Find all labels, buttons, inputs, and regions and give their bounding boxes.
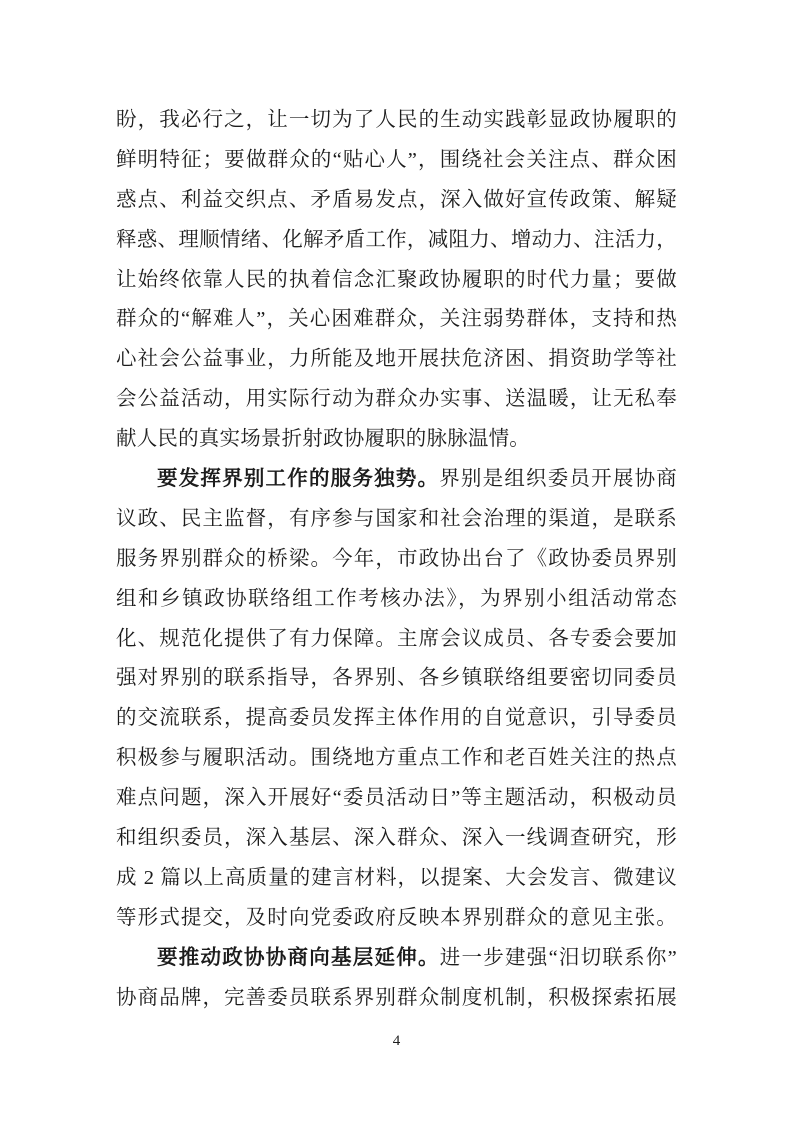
- line-text: 献人民的真实场景折射政协履职的脉脉温情。: [116, 428, 530, 450]
- line-text: 强对界别的联系指导，各界别、各乡镇联络组要密切同委员: [116, 667, 677, 689]
- paragraph-lead-bold: 要推动政协协商向基层延伸。: [157, 947, 440, 969]
- line-text: 协商品牌，完善委员联系界别群众制度机制，积极探索拓展: [116, 987, 677, 1009]
- paragraph-lead-bold: 要发挥界别工作的服务独势。: [157, 468, 439, 490]
- text-line: 要推动政协协商向基层延伸。进一步建强“汨切联系你”: [116, 939, 677, 979]
- text-line: 强对界别的联系指导，各界别、各乡镇联络组要密切同委员: [116, 659, 677, 699]
- line-text: 议政、民主监督，有序参与国家和社会治理的渠道，是联系: [116, 508, 677, 530]
- text-line: 心社会公益事业，力所能及地开展扶危济困、捐资助学等社: [116, 340, 677, 380]
- line-text: 的交流联系，提高委员发挥主体作用的自觉意识，引导委员: [116, 707, 677, 729]
- line-text: 群众的“解难人”，关心困难群众，关注弱势群体，支持和热: [116, 308, 677, 330]
- line-text: 等形式提交，及时向党委政府反映本界别群众的意见主张。: [116, 907, 677, 929]
- text-line: 协商品牌，完善委员联系界别群众制度机制，积极探索拓展: [116, 979, 677, 1019]
- text-line: 服务界别群众的桥梁。今年，市政协出台了《政协委员界别: [116, 540, 677, 580]
- text-line: 盼，我必行之，让一切为了人民的生动实践彰显政协履职的: [116, 101, 677, 141]
- page-body-text: 盼，我必行之，让一切为了人民的生动实践彰显政协履职的鲜明特征；要做群众的“贴心人…: [116, 101, 677, 1018]
- text-line: 等形式提交，及时向党委政府反映本界别群众的意见主张。: [116, 899, 677, 939]
- text-line: 的交流联系，提高委员发挥主体作用的自觉意识，引导委员: [116, 699, 677, 739]
- line-text: 心社会公益事业，力所能及地开展扶危济困、捐资助学等社: [116, 348, 677, 370]
- text-line: 成 2 篇以上高质量的建言材料，以提案、大会发言、微建议: [116, 859, 677, 899]
- line-text: 界别是组织委员开展协商: [439, 468, 677, 490]
- line-text: 进一步建强“汨切联系你”: [440, 947, 677, 969]
- line-text: 化、规范化提供了有力保障。主席会议成员、各专委会要加: [116, 628, 677, 650]
- line-text: 让始终依靠人民的执着信念汇聚政协履职的时代力量；要做: [116, 269, 677, 291]
- line-text: 会公益活动，用实际行动为群众办实事、送温暖，让无私奉: [116, 388, 677, 410]
- line-text: 难点问题，深入开展好“委员活动日”等主题活动，积极动员: [116, 787, 677, 809]
- text-line: 鲜明特征；要做群众的“贴心人”，围绕社会关注点、群众困: [116, 141, 677, 181]
- line-text: 释惑、理顺情绪、化解矛盾工作，减阻力、增动力、注活力，: [116, 229, 677, 251]
- text-line: 和组织委员，深入基层、深入群众、深入一线调查研究，形: [116, 819, 677, 859]
- text-line: 议政、民主监督，有序参与国家和社会治理的渠道，是联系: [116, 500, 677, 540]
- line-text: 成 2 篇以上高质量的建言材料，以提案、大会发言、微建议: [116, 867, 677, 889]
- text-line: 群众的“解难人”，关心困难群众，关注弱势群体，支持和热: [116, 300, 677, 340]
- line-text: 和组织委员，深入基层、深入群众、深入一线调查研究，形: [116, 827, 677, 849]
- text-line: 积极参与履职活动。围绕地方重点工作和老百姓关注的热点: [116, 739, 677, 779]
- line-text: 组和乡镇政协联络组工作考核办法》，为界别小组活动常态: [116, 588, 677, 610]
- text-line: 难点问题，深入开展好“委员活动日”等主题活动，积极动员: [116, 779, 677, 819]
- document-page: 盼，我必行之，让一切为了人民的生动实践彰显政协履职的鲜明特征；要做群众的“贴心人…: [0, 0, 793, 1122]
- text-line: 惑点、利益交织点、矛盾易发点，深入做好宣传政策、解疑: [116, 181, 677, 221]
- text-line: 会公益活动，用实际行动为群众办实事、送温暖，让无私奉: [116, 380, 677, 420]
- page-number: 4: [0, 1033, 793, 1050]
- line-text: 积极参与履职活动。围绕地方重点工作和老百姓关注的热点: [116, 747, 677, 769]
- line-text: 服务界别群众的桥梁。今年，市政协出台了《政协委员界别: [116, 548, 677, 570]
- text-line: 献人民的真实场景折射政协履职的脉脉温情。: [116, 420, 677, 460]
- text-line: 释惑、理顺情绪、化解矛盾工作，减阻力、增动力、注活力，: [116, 221, 677, 261]
- text-line: 要发挥界别工作的服务独势。界别是组织委员开展协商: [116, 460, 677, 500]
- text-line: 让始终依靠人民的执着信念汇聚政协履职的时代力量；要做: [116, 261, 677, 301]
- line-text: 盼，我必行之，让一切为了人民的生动实践彰显政协履职的: [116, 109, 677, 131]
- text-line: 组和乡镇政协联络组工作考核办法》，为界别小组活动常态: [116, 580, 677, 620]
- line-text: 惑点、利益交织点、矛盾易发点，深入做好宣传政策、解疑: [116, 189, 677, 211]
- line-text: 鲜明特征；要做群众的“贴心人”，围绕社会关注点、群众困: [116, 149, 677, 171]
- text-line: 化、规范化提供了有力保障。主席会议成员、各专委会要加: [116, 620, 677, 660]
